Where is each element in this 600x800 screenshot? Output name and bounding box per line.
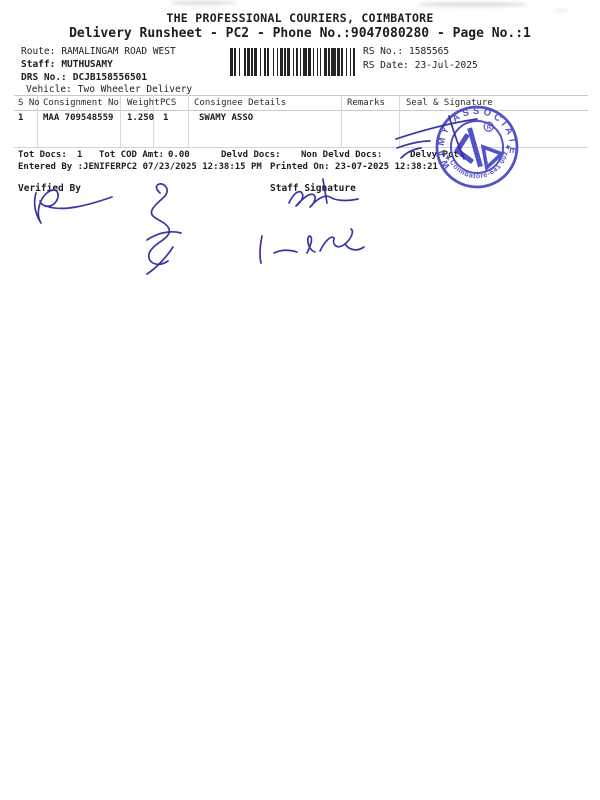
signatures-overlay — [0, 0, 600, 800]
courier-signature — [147, 184, 181, 274]
staff-signature — [289, 179, 358, 207]
delivery-runsheet-document: THE PROFESSIONAL COURIERS, COIMBATORE De… — [0, 0, 600, 800]
verified-by-signature — [35, 190, 112, 223]
stamp-overlap-scribble — [396, 116, 477, 159]
bottom-scribble-signature — [260, 229, 364, 263]
